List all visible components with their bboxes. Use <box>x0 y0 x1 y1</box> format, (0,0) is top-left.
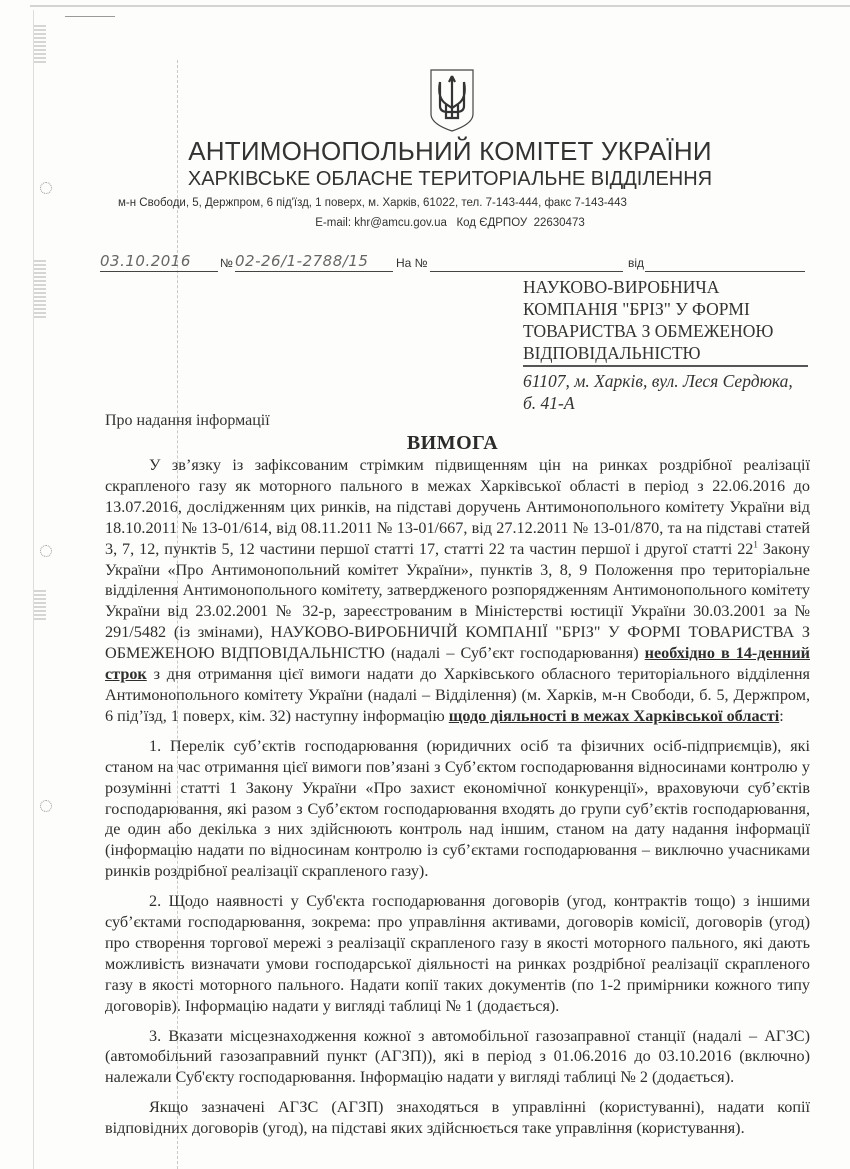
org-address: м-н Свободи, 5, Держпром, 6 під'їзд, 1 п… <box>118 197 627 209</box>
list-item: 3. Вказати місцезнаходження кожної з авт… <box>105 1026 810 1089</box>
intro-paragraph: У зв’язку із зафіксованим стрімким підви… <box>105 455 810 727</box>
scan-mark <box>65 16 115 17</box>
punch-hole <box>40 545 52 557</box>
binding-mark <box>34 260 46 320</box>
department-name: ХАРКІВСЬКЕ ОБЛАСНЕ ТЕРИТОРІАЛЬНЕ ВІДДІЛЕ… <box>0 168 850 191</box>
from-field <box>645 271 805 272</box>
scan-edge <box>30 5 850 7</box>
scope-emphasis: щодо діяльності в межах Харківської обла… <box>449 707 779 725</box>
org-name: АНТИМОНОПОЛЬНИЙ КОМІТЕТ УКРАЇНИ <box>0 136 850 167</box>
recipient-block: НАУКОВО-ВИРОБНИЧА КОМПАНІЯ "БРІЗ" У ФОРМ… <box>523 276 808 414</box>
reference-line: 03.10.2016 № 02-26/1-2788/15 На № від <box>100 250 805 274</box>
list-item: 2. Щодо наявності у Суб'єкта господарюва… <box>105 891 810 1016</box>
from-label: від <box>628 256 644 270</box>
recipient-name: НАУКОВО-ВИРОБНИЧА КОМПАНІЯ "БРІЗ" У ФОРМ… <box>523 276 808 367</box>
list-item: Якщо зазначені АГЗС (АГЗП) знаходяться в… <box>105 1097 810 1139</box>
trident-coat-of-arms-icon <box>428 68 476 133</box>
document-title: ВИМОГА <box>0 432 850 455</box>
binding-mark <box>34 25 46 65</box>
recipient-address: 61107, м. Харків, вул. Леся Сердюка, б. … <box>523 370 808 414</box>
number-label: № <box>220 256 233 270</box>
punch-hole <box>40 800 52 812</box>
subject-line: Про надання інформації <box>105 412 270 430</box>
org-email-line: E-mail: khr@amcu.gov.ua Код ЄДРПОУ 22630… <box>0 217 850 229</box>
list-item: 1. Перелік суб’єктів господарювання (юри… <box>105 736 810 882</box>
binding-mark <box>34 590 46 620</box>
reply-to-field <box>430 271 623 272</box>
outgoing-number: 02-26/1-2788/15 <box>235 252 368 270</box>
document-body: У зв’язку із зафіксованим стрімким підви… <box>105 455 810 1139</box>
outgoing-date: 03.10.2016 <box>100 252 191 270</box>
reply-to-label: На № <box>396 256 428 270</box>
